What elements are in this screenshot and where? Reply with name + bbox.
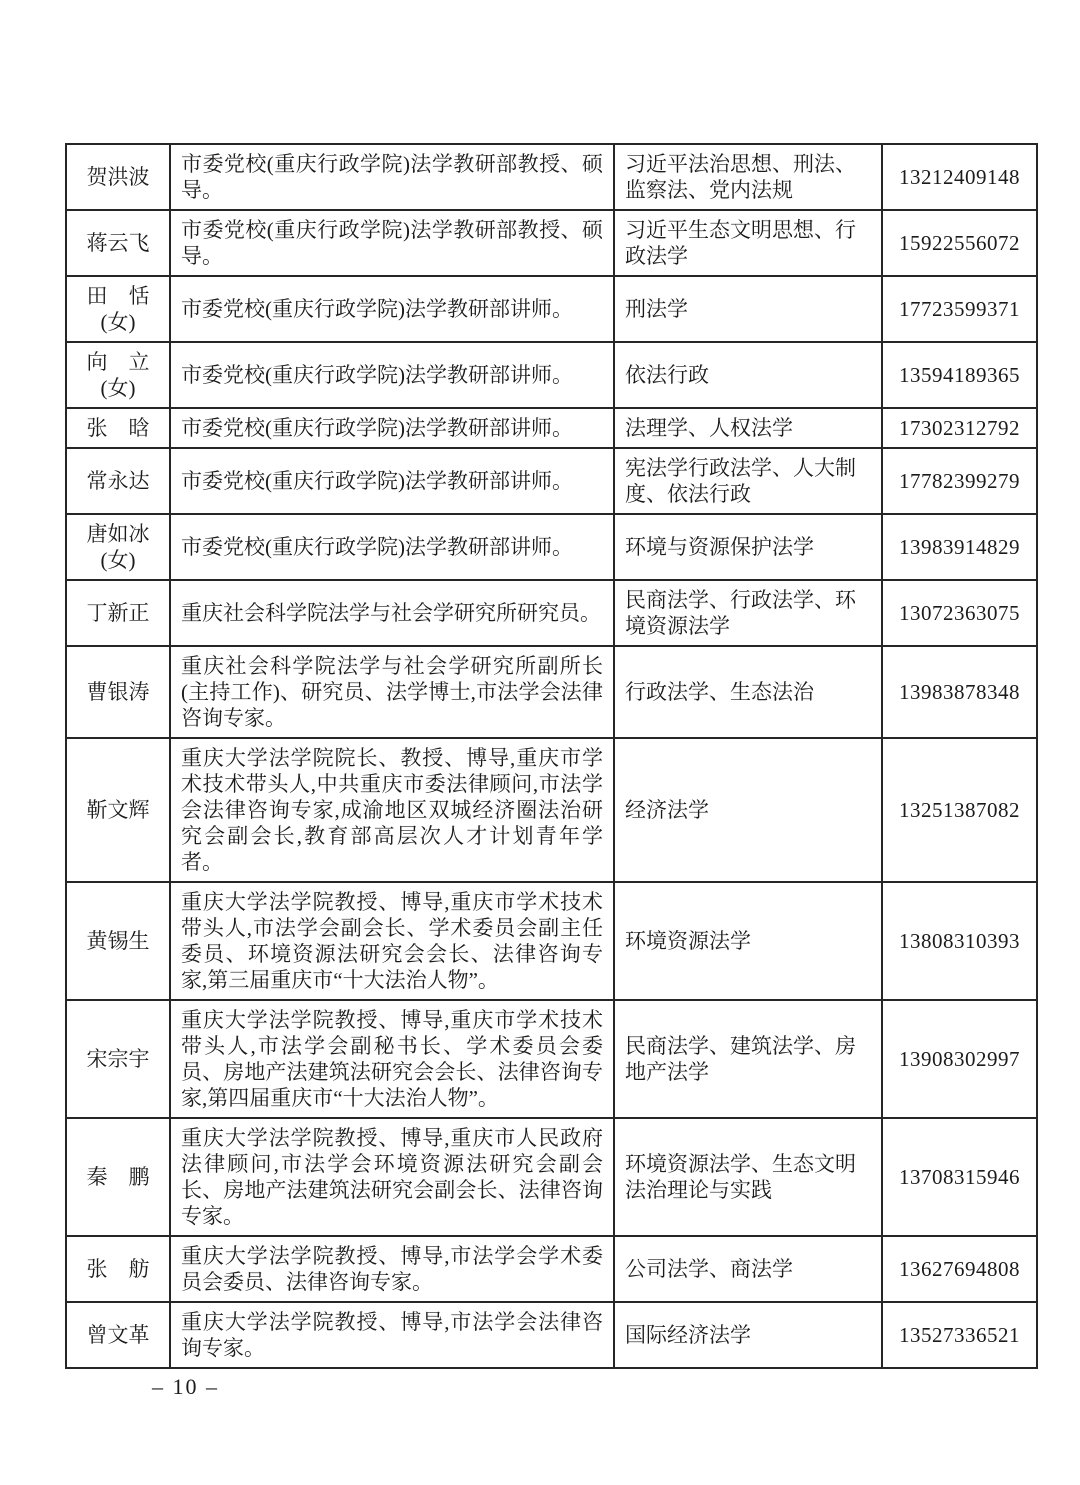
expert-phone: 13908302997: [882, 1000, 1037, 1118]
expert-affiliation: 市委党校(重庆行政学院)法学教研部讲师。: [170, 514, 614, 580]
expert-name: 靳文辉: [66, 738, 170, 882]
expert-specialty: 环境资源法学、生态文明法治理论与实践: [614, 1118, 882, 1236]
expert-specialty: 行政法学、生态法治: [614, 646, 882, 738]
table-row: 唐如冰 (女) 市委党校(重庆行政学院)法学教研部讲师。 环境与资源保护法学 1…: [66, 514, 1037, 580]
table-row: 蒋云飞 市委党校(重庆行政学院)法学教研部教授、硕导。 习近平生态文明思想、行政…: [66, 210, 1037, 276]
expert-phone: 13527336521: [882, 1302, 1037, 1368]
expert-affiliation: 市委党校(重庆行政学院)法学教研部教授、硕导。: [170, 210, 614, 276]
expert-specialty: 依法行政: [614, 342, 882, 408]
expert-phone: 17723599371: [882, 276, 1037, 342]
expert-affiliation: 市委党校(重庆行政学院)法学教研部讲师。: [170, 448, 614, 514]
expert-phone: 13072363075: [882, 580, 1037, 646]
expert-specialty: 环境与资源保护法学: [614, 514, 882, 580]
table-row: 秦 鹏 重庆大学法学院教授、博导,重庆市人民政府法律顾问,市法学会环境资源法研究…: [66, 1118, 1037, 1236]
expert-affiliation: 市委党校(重庆行政学院)法学教研部讲师。: [170, 276, 614, 342]
expert-name: 唐如冰 (女): [66, 514, 170, 580]
expert-name: 丁新正: [66, 580, 170, 646]
expert-specialty: 宪法学行政法学、人大制度、依法行政: [614, 448, 882, 514]
table-row: 张 舫 重庆大学法学院教授、博导,市法学会学术委员会委员、法律咨询专家。 公司法…: [66, 1236, 1037, 1302]
expert-affiliation: 重庆社会科学院法学与社会学研究所副所长(主持工作)、研究员、法学博士,市法学会法…: [170, 646, 614, 738]
expert-phone: 13594189365: [882, 342, 1037, 408]
expert-specialty: 法理学、人权法学: [614, 408, 882, 448]
experts-table: 贺洪波 市委党校(重庆行政学院)法学教研部教授、硕导。 习近平法治思想、刑法、监…: [65, 143, 1038, 1369]
expert-specialty: 公司法学、商法学: [614, 1236, 882, 1302]
expert-name: 向 立 (女): [66, 342, 170, 408]
expert-affiliation: 市委党校(重庆行政学院)法学教研部教授、硕导。: [170, 144, 614, 210]
expert-affiliation: 市委党校(重庆行政学院)法学教研部讲师。: [170, 342, 614, 408]
table-row: 宋宗宇 重庆大学法学院教授、博导,重庆市学术技术带头人,市法学会副秘书长、学术委…: [66, 1000, 1037, 1118]
expert-phone: 13627694808: [882, 1236, 1037, 1302]
expert-name: 贺洪波: [66, 144, 170, 210]
table-row: 向 立 (女) 市委党校(重庆行政学院)法学教研部讲师。 依法行政 135941…: [66, 342, 1037, 408]
table-row: 常永达 市委党校(重庆行政学院)法学教研部讲师。 宪法学行政法学、人大制度、依法…: [66, 448, 1037, 514]
expert-affiliation: 重庆大学法学院教授、博导,重庆市学术技术带头人,市法学会副会长、学术委员会副主任…: [170, 882, 614, 1000]
table-row: 丁新正 重庆社会科学院法学与社会学研究所研究员。 民商法学、行政法学、环境资源法…: [66, 580, 1037, 646]
table-row: 张 晗 市委党校(重庆行政学院)法学教研部讲师。 法理学、人权法学 173023…: [66, 408, 1037, 448]
expert-specialty: 刑法学: [614, 276, 882, 342]
expert-phone: 13212409148: [882, 144, 1037, 210]
table-row: 贺洪波 市委党校(重庆行政学院)法学教研部教授、硕导。 习近平法治思想、刑法、监…: [66, 144, 1037, 210]
expert-name: 张 舫: [66, 1236, 170, 1302]
table-row: 黄锡生 重庆大学法学院教授、博导,重庆市学术技术带头人,市法学会副会长、学术委员…: [66, 882, 1037, 1000]
expert-phone: 13983878348: [882, 646, 1037, 738]
expert-name: 秦 鹏: [66, 1118, 170, 1236]
expert-name: 宋宗宇: [66, 1000, 170, 1118]
expert-name: 田 恬 (女): [66, 276, 170, 342]
expert-affiliation: 重庆大学法学院院长、教授、博导,重庆市学术技术带头人,中共重庆市委法律顾问,市法…: [170, 738, 614, 882]
expert-phone: 17302312792: [882, 408, 1037, 448]
page-number: – 10 –: [152, 1374, 219, 1400]
expert-affiliation: 重庆大学法学院教授、博导,市法学会学术委员会委员、法律咨询专家。: [170, 1236, 614, 1302]
expert-phone: 13983914829: [882, 514, 1037, 580]
expert-specialty: 习近平生态文明思想、行政法学: [614, 210, 882, 276]
expert-phone: 13708315946: [882, 1118, 1037, 1236]
expert-specialty: 民商法学、建筑法学、房地产法学: [614, 1000, 882, 1118]
expert-specialty: 民商法学、行政法学、环境资源法学: [614, 580, 882, 646]
expert-name: 张 晗: [66, 408, 170, 448]
expert-phone: 13808310393: [882, 882, 1037, 1000]
expert-name: 曹银涛: [66, 646, 170, 738]
expert-specialty: 环境资源法学: [614, 882, 882, 1000]
expert-affiliation: 重庆社会科学院法学与社会学研究所研究员。: [170, 580, 614, 646]
table-row: 曹银涛 重庆社会科学院法学与社会学研究所副所长(主持工作)、研究员、法学博士,市…: [66, 646, 1037, 738]
expert-specialty: 国际经济法学: [614, 1302, 882, 1368]
table-row: 靳文辉 重庆大学法学院院长、教授、博导,重庆市学术技术带头人,中共重庆市委法律顾…: [66, 738, 1037, 882]
expert-name: 蒋云飞: [66, 210, 170, 276]
expert-phone: 13251387082: [882, 738, 1037, 882]
expert-specialty: 经济法学: [614, 738, 882, 882]
expert-name: 常永达: [66, 448, 170, 514]
expert-specialty: 习近平法治思想、刑法、监察法、党内法规: [614, 144, 882, 210]
expert-affiliation: 重庆大学法学院教授、博导,市法学会法律咨询专家。: [170, 1302, 614, 1368]
expert-affiliation: 重庆大学法学院教授、博导,重庆市人民政府法律顾问,市法学会环境资源法研究会副会长…: [170, 1118, 614, 1236]
expert-name: 曾文革: [66, 1302, 170, 1368]
expert-phone: 17782399279: [882, 448, 1037, 514]
expert-affiliation: 市委党校(重庆行政学院)法学教研部讲师。: [170, 408, 614, 448]
expert-affiliation: 重庆大学法学院教授、博导,重庆市学术技术带头人,市法学会副秘书长、学术委员会委员…: [170, 1000, 614, 1118]
expert-phone: 15922556072: [882, 210, 1037, 276]
expert-name: 黄锡生: [66, 882, 170, 1000]
table-row: 曾文革 重庆大学法学院教授、博导,市法学会法律咨询专家。 国际经济法学 1352…: [66, 1302, 1037, 1368]
table-row: 田 恬 (女) 市委党校(重庆行政学院)法学教研部讲师。 刑法学 1772359…: [66, 276, 1037, 342]
